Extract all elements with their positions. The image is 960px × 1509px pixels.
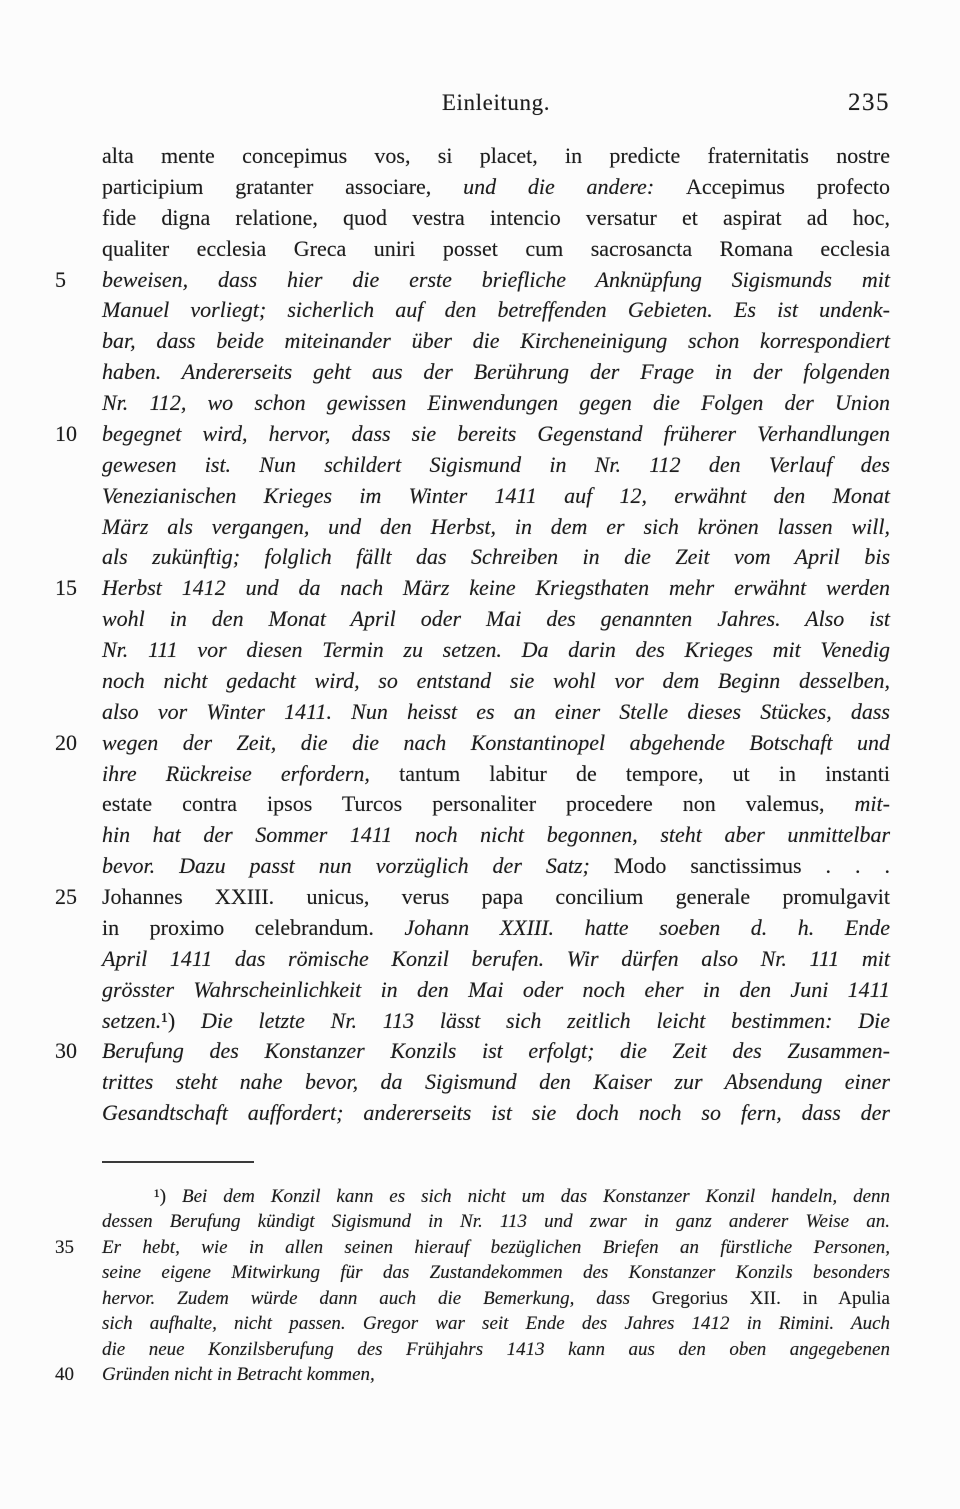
text-segment-italic: dessen Berufung kündigt Sigismund in Nr.… xyxy=(102,1211,890,1232)
text-segment-roman: tantum labitur de tempore, ut in instant… xyxy=(399,761,890,786)
text-line: 5beweisen, dass hier die erste brieflich… xyxy=(102,265,890,296)
text-segment-roman: qualiter ecclesia Greca uniri posset cum… xyxy=(102,236,890,261)
text-segment-roman: Modo sanctissimus . . . xyxy=(614,853,890,878)
text-segment-roman: ¹) xyxy=(154,1186,182,1207)
text-segment-italic: begegnet wird, hervor, dass sie bereits … xyxy=(102,421,890,446)
text-line: in proximo celebrandum. Johann XXIII. ha… xyxy=(102,913,890,944)
text-segment-italic: trittes steht nahe bevor, da Sigismund d… xyxy=(102,1069,890,1094)
text-segment-italic: hin hat der Sommer 1411 noch nicht begon… xyxy=(102,822,890,847)
text-line: gewesen ist. Nun schildert Sigismund in … xyxy=(102,450,890,481)
text-segment-italic: also vor Winter 1411. Nun heisst es an e… xyxy=(102,699,890,724)
text-line: ihre Rückreise erfordern, tantum labitur… xyxy=(102,759,890,790)
page-header: Einleitung. 235 xyxy=(102,88,890,118)
text-line: hervor. Zudem würde dann auch die Bemerk… xyxy=(102,1286,890,1311)
text-segment-italic: März als vergangen, und den Herbst, in d… xyxy=(102,514,890,539)
margin-line-number: 5 xyxy=(55,265,96,296)
text-line: 10begegnet wird, hervor, dass sie bereit… xyxy=(102,419,890,450)
book-page: Einleitung. 235 alta mente concepimus vo… xyxy=(0,0,960,1509)
text-line: März als vergangen, und den Herbst, in d… xyxy=(102,512,890,543)
text-line: ¹) Bei dem Konzil kann es sich nicht um … xyxy=(102,1184,890,1209)
text-segment-italic: setzen. xyxy=(102,1008,161,1033)
body-text: alta mente concepimus vos, si placet, in… xyxy=(102,141,890,1129)
text-line: bevor. Dazu passt nun vorzüglich der Sat… xyxy=(102,851,890,882)
footnote-separator xyxy=(102,1161,254,1163)
text-line: trittes steht nahe bevor, da Sigismund d… xyxy=(102,1067,890,1098)
text-segment-italic: Die letzte Nr. 113 lässt sich zeitlich l… xyxy=(201,1008,890,1033)
text-line: Nr. 112, wo schon gewissen Einwendungen … xyxy=(102,388,890,419)
text-line: die neue Konzilsberufung des Frühjahrs 1… xyxy=(102,1337,890,1362)
text-segment-italic: seine eigene Mitwirkung für das Zustande… xyxy=(102,1262,890,1283)
text-segment-italic: April 1411 das römische Konzil berufen. … xyxy=(102,946,890,971)
text-segment-italic: bar, dass beide miteinander über die Kir… xyxy=(102,328,890,353)
text-segment-italic: Venezianischen Krieges im Winter 1411 au… xyxy=(102,483,890,508)
text-segment-roman: fide digna relatione, quod vestra intenc… xyxy=(102,205,890,230)
text-line: 30Berufung des Konstanzer Konzils ist er… xyxy=(102,1036,890,1067)
footnote-text: ¹) Bei dem Konzil kann es sich nicht um … xyxy=(102,1184,890,1388)
text-segment-roman: alta mente concepimus vos, si placet, in… xyxy=(102,143,890,168)
text-segment-italic: noch nicht gedacht wird, so entstand sie… xyxy=(102,668,890,693)
text-segment-italic: sich aufhalte, nicht passen. Gregor war … xyxy=(102,1313,890,1334)
text-line: qualiter ecclesia Greca uniri posset cum… xyxy=(102,234,890,265)
text-segment-italic: Gesandtschaft auffordert; andererseits i… xyxy=(102,1100,890,1125)
text-line: setzen.¹) Die letzte Nr. 113 lässt sich … xyxy=(102,1006,890,1037)
margin-line-number: 20 xyxy=(55,728,96,759)
text-line: fide digna relatione, quod vestra intenc… xyxy=(102,203,890,234)
text-segment-italic: wegen der Zeit, die die nach Konstantino… xyxy=(102,730,890,755)
text-segment-roman: ¹) xyxy=(161,1008,201,1033)
text-line: 40Gründen nicht in Betracht kommen, xyxy=(102,1362,890,1387)
text-line: also vor Winter 1411. Nun heisst es an e… xyxy=(102,697,890,728)
text-segment-italic: Nr. 111 vor diesen Termin zu setzen. Da … xyxy=(102,637,890,662)
text-line: Nr. 111 vor diesen Termin zu setzen. Da … xyxy=(102,635,890,666)
running-title: Einleitung. xyxy=(102,88,890,118)
text-line: seine eigene Mitwirkung für das Zustande… xyxy=(102,1260,890,1285)
text-segment-italic: Nr. 112, wo schon gewissen Einwendungen … xyxy=(102,390,890,415)
text-line: sich aufhalte, nicht passen. Gregor war … xyxy=(102,1311,890,1336)
margin-line-number: 35 xyxy=(55,1235,96,1260)
text-segment-italic: Johann XXIII. hatte soeben d. h. Ende xyxy=(404,915,890,940)
text-segment-italic: beweisen, dass hier die erste briefliche… xyxy=(102,267,890,292)
text-segment-italic: bevor. Dazu passt nun vorzüglich der Sat… xyxy=(102,853,614,878)
text-segment-italic: wohl in den Monat April oder Mai des gen… xyxy=(102,606,890,631)
text-segment-italic: gewesen ist. Nun schildert Sigismund in … xyxy=(102,452,890,477)
text-segment-roman: in proximo celebrandum. xyxy=(102,915,404,940)
margin-line-number: 10 xyxy=(55,419,96,450)
text-line: 20wegen der Zeit, die die nach Konstanti… xyxy=(102,728,890,759)
text-segment-italic: die neue Konzilsberufung des Frühjahrs 1… xyxy=(102,1339,890,1360)
text-segment-italic: Manuel vorliegt; sicherlich auf den betr… xyxy=(102,297,890,322)
text-segment-italic: als zukünftig; folglich fällt das Schrei… xyxy=(102,544,890,569)
text-line: wohl in den Monat April oder Mai des gen… xyxy=(102,604,890,635)
text-segment-roman: Johannes XXIII. unicus, verus papa conci… xyxy=(102,884,890,909)
page-number: 235 xyxy=(848,88,890,118)
text-segment-italic: Bei dem Konzil kann es sich nicht um das… xyxy=(182,1186,890,1207)
text-segment-italic: Herbst 1412 und da nach März keine Krieg… xyxy=(102,575,890,600)
text-segment-italic: haben. Andererseits geht aus der Berühru… xyxy=(102,359,890,384)
text-line: haben. Andererseits geht aus der Berühru… xyxy=(102,357,890,388)
text-segment-italic: Berufung des Konstanzer Konzils ist erfo… xyxy=(102,1038,890,1063)
text-line: 25Johannes XXIII. unicus, verus papa con… xyxy=(102,882,890,913)
text-line: grösster Wahrscheinlichkeit in den Mai o… xyxy=(102,975,890,1006)
text-segment-roman: Gregorius XII. in Apulia xyxy=(652,1288,890,1309)
text-line: hin hat der Sommer 1411 noch nicht begon… xyxy=(102,820,890,851)
text-line: 15Herbst 1412 und da nach März keine Kri… xyxy=(102,573,890,604)
text-line: als zukünftig; folglich fällt das Schrei… xyxy=(102,542,890,573)
text-line: estate contra ipsos Turcos personaliter … xyxy=(102,789,890,820)
text-line: Gesandtschaft auffordert; andererseits i… xyxy=(102,1098,890,1129)
margin-line-number: 15 xyxy=(55,573,96,604)
text-segment-italic: grösster Wahrscheinlichkeit in den Mai o… xyxy=(102,977,890,1002)
text-segment-roman: participium gratanter associare, xyxy=(102,174,463,199)
text-line: noch nicht gedacht wird, so entstand sie… xyxy=(102,666,890,697)
text-segment-italic: und die andere: xyxy=(463,174,686,199)
text-line: dessen Berufung kündigt Sigismund in Nr.… xyxy=(102,1209,890,1234)
text-segment-italic: mit- xyxy=(855,791,890,816)
text-line: Manuel vorliegt; sicherlich auf den betr… xyxy=(102,295,890,326)
text-segment-italic: hervor. Zudem würde dann auch die Bemerk… xyxy=(102,1288,652,1309)
text-line: 35Er hebt, wie in allen seinen hierauf b… xyxy=(102,1235,890,1260)
margin-line-number: 25 xyxy=(55,882,96,913)
text-segment-italic: Gründen nicht in Betracht kommen, xyxy=(102,1364,375,1385)
margin-line-number: 30 xyxy=(55,1036,96,1067)
margin-line-number: 40 xyxy=(55,1362,96,1387)
text-segment-italic: ihre Rückreise erfordern, xyxy=(102,761,399,786)
text-segment-roman: estate contra ipsos Turcos personaliter … xyxy=(102,791,855,816)
text-segment-italic: Er hebt, wie in allen seinen hierauf bez… xyxy=(102,1237,890,1258)
text-line: Venezianischen Krieges im Winter 1411 au… xyxy=(102,481,890,512)
text-line: alta mente concepimus vos, si placet, in… xyxy=(102,141,890,172)
text-line: participium gratanter associare, und die… xyxy=(102,172,890,203)
text-line: April 1411 das römische Konzil berufen. … xyxy=(102,944,890,975)
text-line: bar, dass beide miteinander über die Kir… xyxy=(102,326,890,357)
text-segment-roman: Accepimus profecto xyxy=(686,174,890,199)
